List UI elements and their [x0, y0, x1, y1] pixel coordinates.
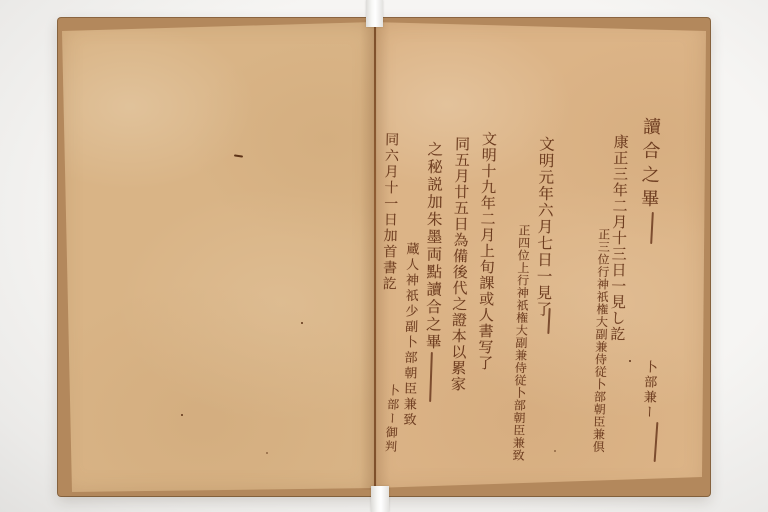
paper-speck — [554, 450, 556, 452]
colophon2-date: 文明元年六月七日一見了 — [534, 136, 553, 318]
paper-speck — [181, 414, 183, 416]
colophon1-signature: 卜部兼ー — [641, 360, 656, 420]
paper-speck — [301, 322, 303, 324]
colophon3-line3: 之秘説加朱墨両點讀合之畢 — [424, 141, 441, 351]
colophon3-signatory: 蔵人神祇少副卜部朝臣兼致 — [401, 242, 417, 428]
brush-flourish — [650, 212, 653, 244]
colophon1-date: 康正三年二月十三日一見し訖 — [609, 134, 628, 342]
colophon2-signatory: 正四位上行神祇権大副兼侍従卜部朝臣兼致 — [512, 224, 530, 462]
brush-flourish — [547, 308, 550, 334]
binding-strip-bottom — [371, 486, 389, 512]
colophon3-line2: 同五月廿五日為備後代之證本以累家 — [450, 136, 469, 392]
binding-strip-top — [366, 0, 383, 27]
photograph-backdrop: 讀合之畢 康正三年二月十三日一見し訖 正三位行神祇権大副兼侍従卜部朝臣兼倶 卜部… — [0, 0, 768, 512]
paper-speck — [234, 154, 243, 157]
brush-flourish — [654, 422, 658, 462]
left-page-blank — [61, 22, 374, 492]
paper-speck — [629, 360, 631, 362]
right-page-colophons: 讀合之畢 康正三年二月十三日一見し訖 正三位行神祇権大副兼侍従卜部朝臣兼倶 卜部… — [374, 20, 706, 490]
colophon3-line1: 文明十九年二月上旬課或人書写了 — [477, 131, 496, 371]
brush-flourish — [429, 352, 432, 402]
colophon1-signatory: 正三位行神祇権大副兼侍従卜部朝臣兼倶 — [592, 228, 610, 453]
paper-speck — [266, 452, 268, 454]
gutter-crease — [374, 20, 376, 492]
title-column: 讀合之畢 — [639, 117, 660, 213]
